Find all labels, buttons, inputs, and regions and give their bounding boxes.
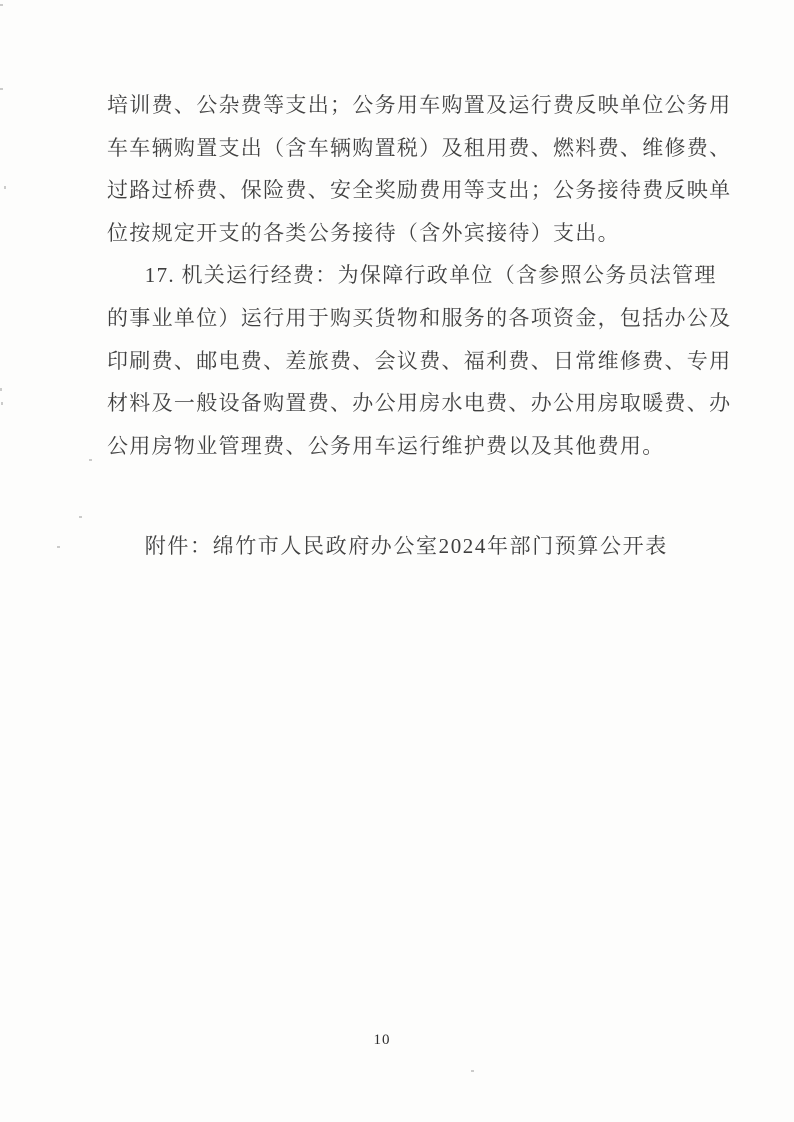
scan-artifact — [0, 4, 3, 6]
text-line: 材料及一般设备购置费、办公用房水电费、办公用房取暖费、办 — [107, 382, 735, 425]
scan-artifact — [89, 459, 92, 461]
page-number: 10 — [352, 1032, 412, 1049]
scan-artifact — [4, 186, 6, 189]
text-line: 的事业单位）运行用于购买货物和服务的各项资金，包括办公及 — [107, 297, 735, 340]
text-line: 车车辆购置支出（含车辆购置税）及租用费、燃料费、维修费、 — [107, 127, 735, 170]
scan-artifact — [1, 402, 3, 405]
text-line: 培训费、公杂费等支出；公务用车购置及运行费反映单位公务用 — [107, 84, 735, 127]
text-line: 公用房物业管理费、公务用车运行维护费以及其他费用。 — [107, 425, 735, 468]
scan-artifact — [0, 388, 2, 391]
body-text: 培训费、公杂费等支出；公务用车购置及运行费反映单位公务用 车车辆购置支出（含车辆… — [107, 84, 735, 568]
text-line: 过路过桥费、保险费、安全奖励费用等支出；公务接待费反映单 — [107, 169, 735, 212]
scan-artifact — [471, 1070, 474, 1072]
scan-artifact — [57, 546, 60, 548]
text-line: 印刷费、邮电费、差旅费、会议费、福利费、日常维修费、专用 — [107, 340, 735, 383]
scan-artifact — [0, 88, 3, 90]
document-page: 培训费、公杂费等支出；公务用车购置及运行费反映单位公务用 车车辆购置支出（含车辆… — [0, 0, 794, 1122]
attachment-line: 附件：绵竹市人民政府办公室2024年部门预算公开表 — [107, 525, 735, 568]
text-line: 位按规定开支的各类公务接待（含外宾接待）支出。 — [107, 212, 735, 255]
scan-artifact — [79, 516, 82, 518]
text-line-item-17: 17. 机关运行经费：为保障行政单位（含参照公务员法管理 — [107, 254, 735, 297]
